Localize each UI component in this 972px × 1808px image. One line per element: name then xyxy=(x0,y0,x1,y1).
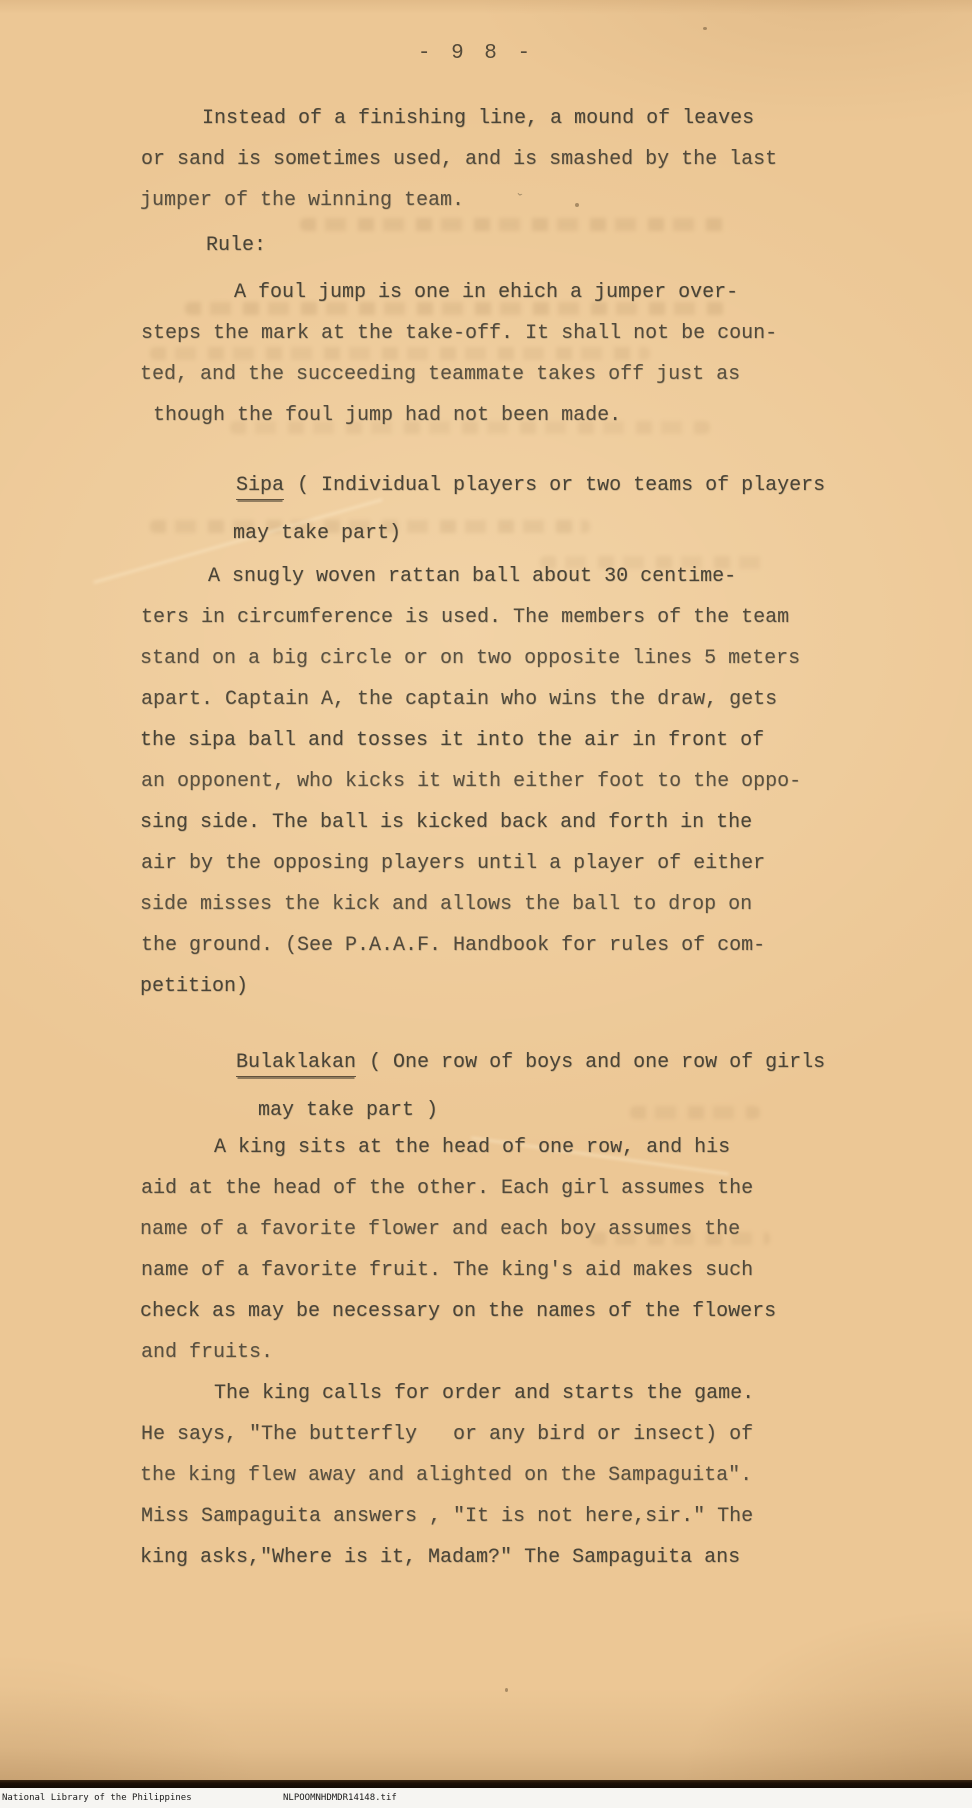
text-line: or sand is sometimes used, and is smashe… xyxy=(141,139,841,180)
game-title-sipa: Sipa xyxy=(236,474,284,500)
text-line: aid at the head of the other. Each girl … xyxy=(141,1168,841,1209)
text-line: petition) xyxy=(140,966,840,1007)
text-line: apart. Captain A, the captain who wins t… xyxy=(141,679,841,720)
text-line: stand on a big circle or on two opposite… xyxy=(140,638,840,679)
paragraph-bulaklakan-setup: A king sits at the head of one row, and … xyxy=(140,1127,840,1373)
text-line: an opponent, who kicks it with either fo… xyxy=(141,761,841,802)
ink-speck xyxy=(703,27,707,30)
scan-filename: NLPOOMNHDMDR14148.tif xyxy=(283,1793,397,1803)
text-line: king asks,"Where is it, Madam?" The Samp… xyxy=(140,1537,840,1578)
text-line: air by the opposing players until a play… xyxy=(141,843,841,884)
text-line: Miss Sampaguita answers , "It is not her… xyxy=(141,1496,841,1537)
scan-divider-bar xyxy=(0,1780,972,1788)
rule-label: Rule: xyxy=(206,225,840,266)
paragraph-foul-jump-rule: A foul jump is one in ehich a jumper ove… xyxy=(140,272,840,436)
text-line: check as may be necessary on the names o… xyxy=(140,1291,840,1332)
paragraph-sipa-description: A snugly woven rattan ball about 30 cent… xyxy=(140,556,840,1007)
text-line: A snugly woven rattan ball about 30 cent… xyxy=(140,556,840,597)
text-line: sing side. The ball is kicked back and f… xyxy=(140,802,840,843)
typewritten-text-block: Instead of a finishing line, a mound of … xyxy=(140,86,840,1578)
text-line: the sipa ball and tosses it into the air… xyxy=(140,720,840,761)
text-line: He says, "The butterfly or any bird or i… xyxy=(141,1414,841,1455)
ink-speck xyxy=(505,1688,508,1692)
text-line: The king calls for order and starts the … xyxy=(140,1373,840,1414)
text-line: though the foul jump had not been made. xyxy=(141,395,841,436)
text-line: A king sits at the head of one row, and … xyxy=(140,1127,840,1168)
scan-footer: National Library of the Philippines NLPO… xyxy=(0,1788,972,1808)
text-line: name of a favorite flower and each boy a… xyxy=(140,1209,840,1250)
game-heading-sipa: Sipa( Individual players or two teams of… xyxy=(140,450,840,546)
game-subtitle-bulaklakan: ( One row of boys and one row of girls xyxy=(369,1051,825,1074)
text-line: the king flew away and alighted on the S… xyxy=(140,1455,840,1496)
game-subtitle-sipa-cont: may take part) xyxy=(140,522,840,546)
paragraph-bulaklakan-play: The king calls for order and starts the … xyxy=(140,1373,840,1578)
text-line: Instead of a finishing line, a mound of … xyxy=(140,98,840,139)
scanned-typewritten-page: ˇ - 9 8 - Instead of a finishing line, a… xyxy=(0,0,972,1808)
game-heading-bulaklakan: Bulaklakan( One row of boys and one row … xyxy=(140,1027,840,1123)
game-subtitle-sipa: ( Individual players or two teams of pla… xyxy=(297,474,825,497)
text-line: jumper of the winning team. xyxy=(140,180,840,221)
text-line: steps the mark at the take-off. It shall… xyxy=(141,313,841,354)
page-number: - 9 8 - xyxy=(140,42,812,65)
game-subtitle-bulaklakan-cont: may take part ) xyxy=(140,1099,840,1123)
library-attribution: National Library of the Philippines xyxy=(2,1793,192,1803)
text-line: the ground. (See P.A.A.F. Handbook for r… xyxy=(141,925,841,966)
text-line: ted, and the succeeding teammate takes o… xyxy=(140,354,840,395)
text-line: name of a favorite fruit. The king's aid… xyxy=(141,1250,841,1291)
paragraph-finishing-line: Instead of a finishing line, a mound of … xyxy=(140,98,840,221)
text-line: and fruits. xyxy=(141,1332,841,1373)
text-line: side misses the kick and allows the ball… xyxy=(140,884,840,925)
text-line: ters in circumference is used. The membe… xyxy=(141,597,841,638)
text-line: A foul jump is one in ehich a jumper ove… xyxy=(140,272,840,313)
game-title-bulaklakan: Bulaklakan xyxy=(236,1051,356,1077)
